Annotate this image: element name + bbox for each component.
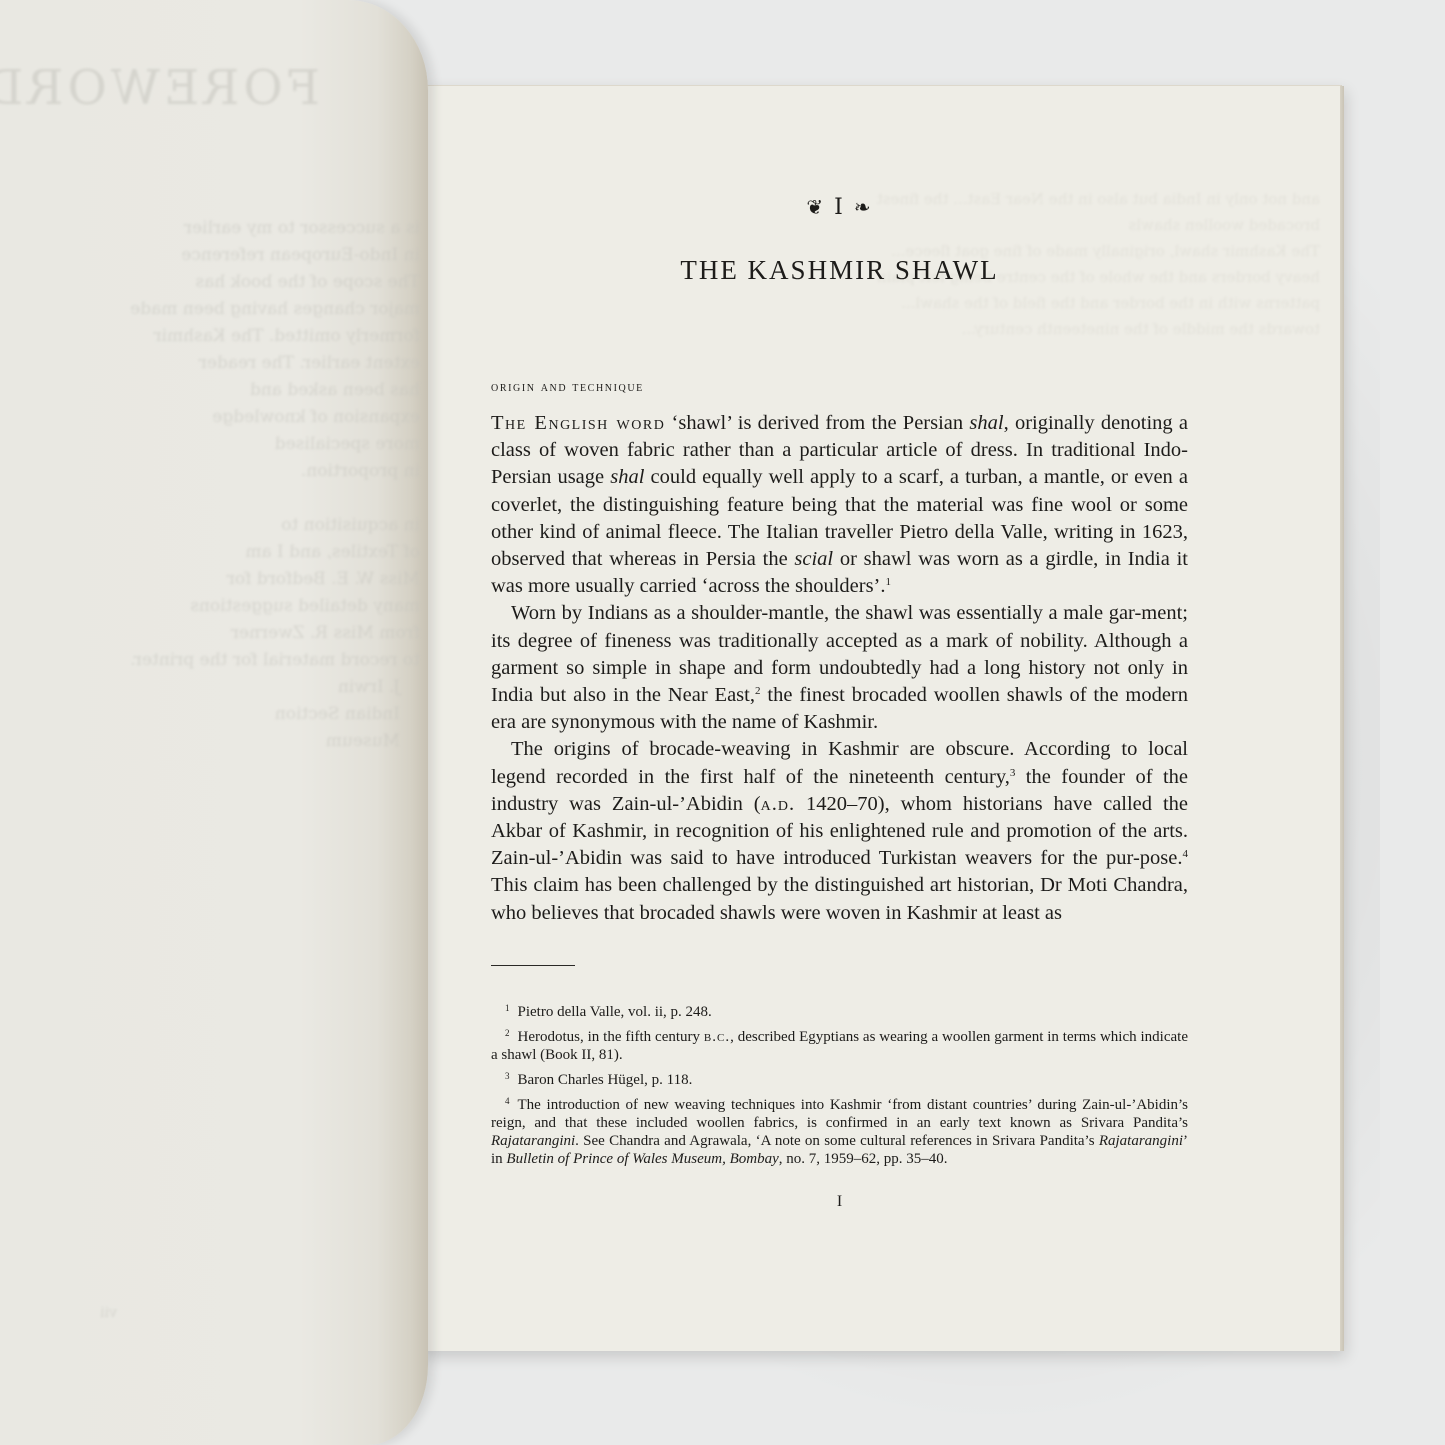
left-page-ghost-title: FOREWORD: [0, 60, 320, 116]
page-number: I: [491, 1193, 1188, 1211]
left-page-ghost-folio: vii: [100, 1305, 117, 1321]
page-block-edge: [1340, 86, 1344, 1351]
ghost-line: of Textiles, and I am: [20, 539, 420, 566]
ghost-line: extent earlier. The reader: [20, 350, 420, 377]
chapter-numeral: I: [834, 195, 845, 220]
ghost-line: expansion of knowledge: [20, 404, 420, 431]
ghost-line: Miss W. E. Bedford for: [20, 566, 420, 593]
ghost-line: in proportion.: [20, 458, 420, 485]
footnote-rule: [491, 965, 575, 966]
italic-term: shal: [610, 466, 644, 488]
ghost-signature-line: J. Irwin: [20, 674, 420, 701]
footnote: 3Baron Charles Hügel, p. 118.: [491, 1071, 1188, 1089]
ghost-line: major changes having been made: [20, 296, 420, 323]
paragraph: The English word ‘shawl’ is derived from…: [491, 410, 1188, 600]
ghost-line: to record material for the printer.: [20, 647, 420, 674]
text-run: Herodotus, in the fifth century: [518, 1029, 704, 1045]
chapter-number: ❦ I ❧: [491, 195, 1188, 220]
italic-term: scial: [794, 548, 833, 570]
ghost-line: from Miss R. Zwerner: [20, 620, 420, 647]
text-run: , no. 7, 1959–62, pp. 35–40.: [779, 1151, 948, 1167]
small-caps-text: b.c.: [704, 1029, 730, 1045]
ghost-line: has been asked and: [20, 377, 420, 404]
text-run: Pietro della Valle, vol. ii, p. 248.: [518, 1004, 712, 1020]
footnote: 2Herodotus, in the fifth century b.c., d…: [491, 1028, 1188, 1064]
footnote-ref: 4: [1183, 848, 1189, 860]
lead-in-small-caps: The English word: [491, 412, 665, 434]
paragraph: The origins of brocade-weaving in Kashmi…: [491, 736, 1188, 926]
fleuron-right-icon: ❧: [854, 195, 873, 219]
footnote: 4The introduction of new weaving techniq…: [491, 1096, 1188, 1168]
footnote-number: 4: [505, 1096, 510, 1106]
ghost-line: is a successor to my earlier: [20, 215, 420, 242]
ghost-line: in acquisition to: [20, 512, 420, 539]
footnote-number: 2: [505, 1028, 510, 1038]
text-run: The introduction of new weaving techniqu…: [491, 1097, 1188, 1131]
text-run: This claim has been challenged by the di…: [491, 874, 1188, 923]
text-run: Baron Charles Hügel, p. 118.: [518, 1072, 693, 1088]
fleuron-left-icon: ❦: [806, 195, 825, 219]
footnotes: 1Pietro della Valle, vol. ii, p. 248.2He…: [491, 1003, 1188, 1175]
left-page: FOREWORD is a successor to my earlierin …: [0, 0, 428, 1445]
footnote-ref: 1: [886, 576, 892, 588]
paragraph: Worn by Indians as a shoulder-mantle, th…: [491, 600, 1188, 736]
ghost-line: in Indo-European reference: [20, 242, 420, 269]
footnote-number: 1: [505, 1003, 510, 1013]
body-text: The English word ‘shawl’ is derived from…: [491, 410, 1188, 927]
italic-term: Rajatarangini: [1099, 1133, 1183, 1149]
ghost-signature-line: Museum: [20, 728, 420, 755]
ghost-line: many detailed suggestions: [20, 593, 420, 620]
ghost-signature-line: Indian Section: [20, 701, 420, 728]
italic-term: Rajatarangini: [491, 1133, 575, 1149]
ghost-line: The scope of the book has: [20, 269, 420, 296]
ghost-line: more specialised: [20, 431, 420, 458]
italic-term: shal: [969, 412, 1003, 434]
text-run: . See Chandra and Agrawala, ‘A note on s…: [575, 1133, 1099, 1149]
text-run: ‘shawl’ is derived from the Persian: [665, 412, 969, 434]
ghost-line: formerly omitted. The Kashmir: [20, 323, 420, 350]
footnote: 1Pietro della Valle, vol. ii, p. 248.: [491, 1003, 1188, 1021]
footnote-number: 3: [505, 1071, 510, 1081]
ghost-line: [20, 485, 420, 512]
small-caps-text: a.d.: [761, 793, 795, 815]
chapter-title: THE KASHMIR SHAWL: [491, 255, 1188, 286]
left-page-ghost-text: is a successor to my earlierin Indo-Euro…: [20, 215, 420, 755]
italic-term: Bulletin of Prince of Wales Museum, Bomb…: [506, 1151, 778, 1167]
section-heading: ORIGIN AND TECHNIQUE: [491, 380, 644, 396]
